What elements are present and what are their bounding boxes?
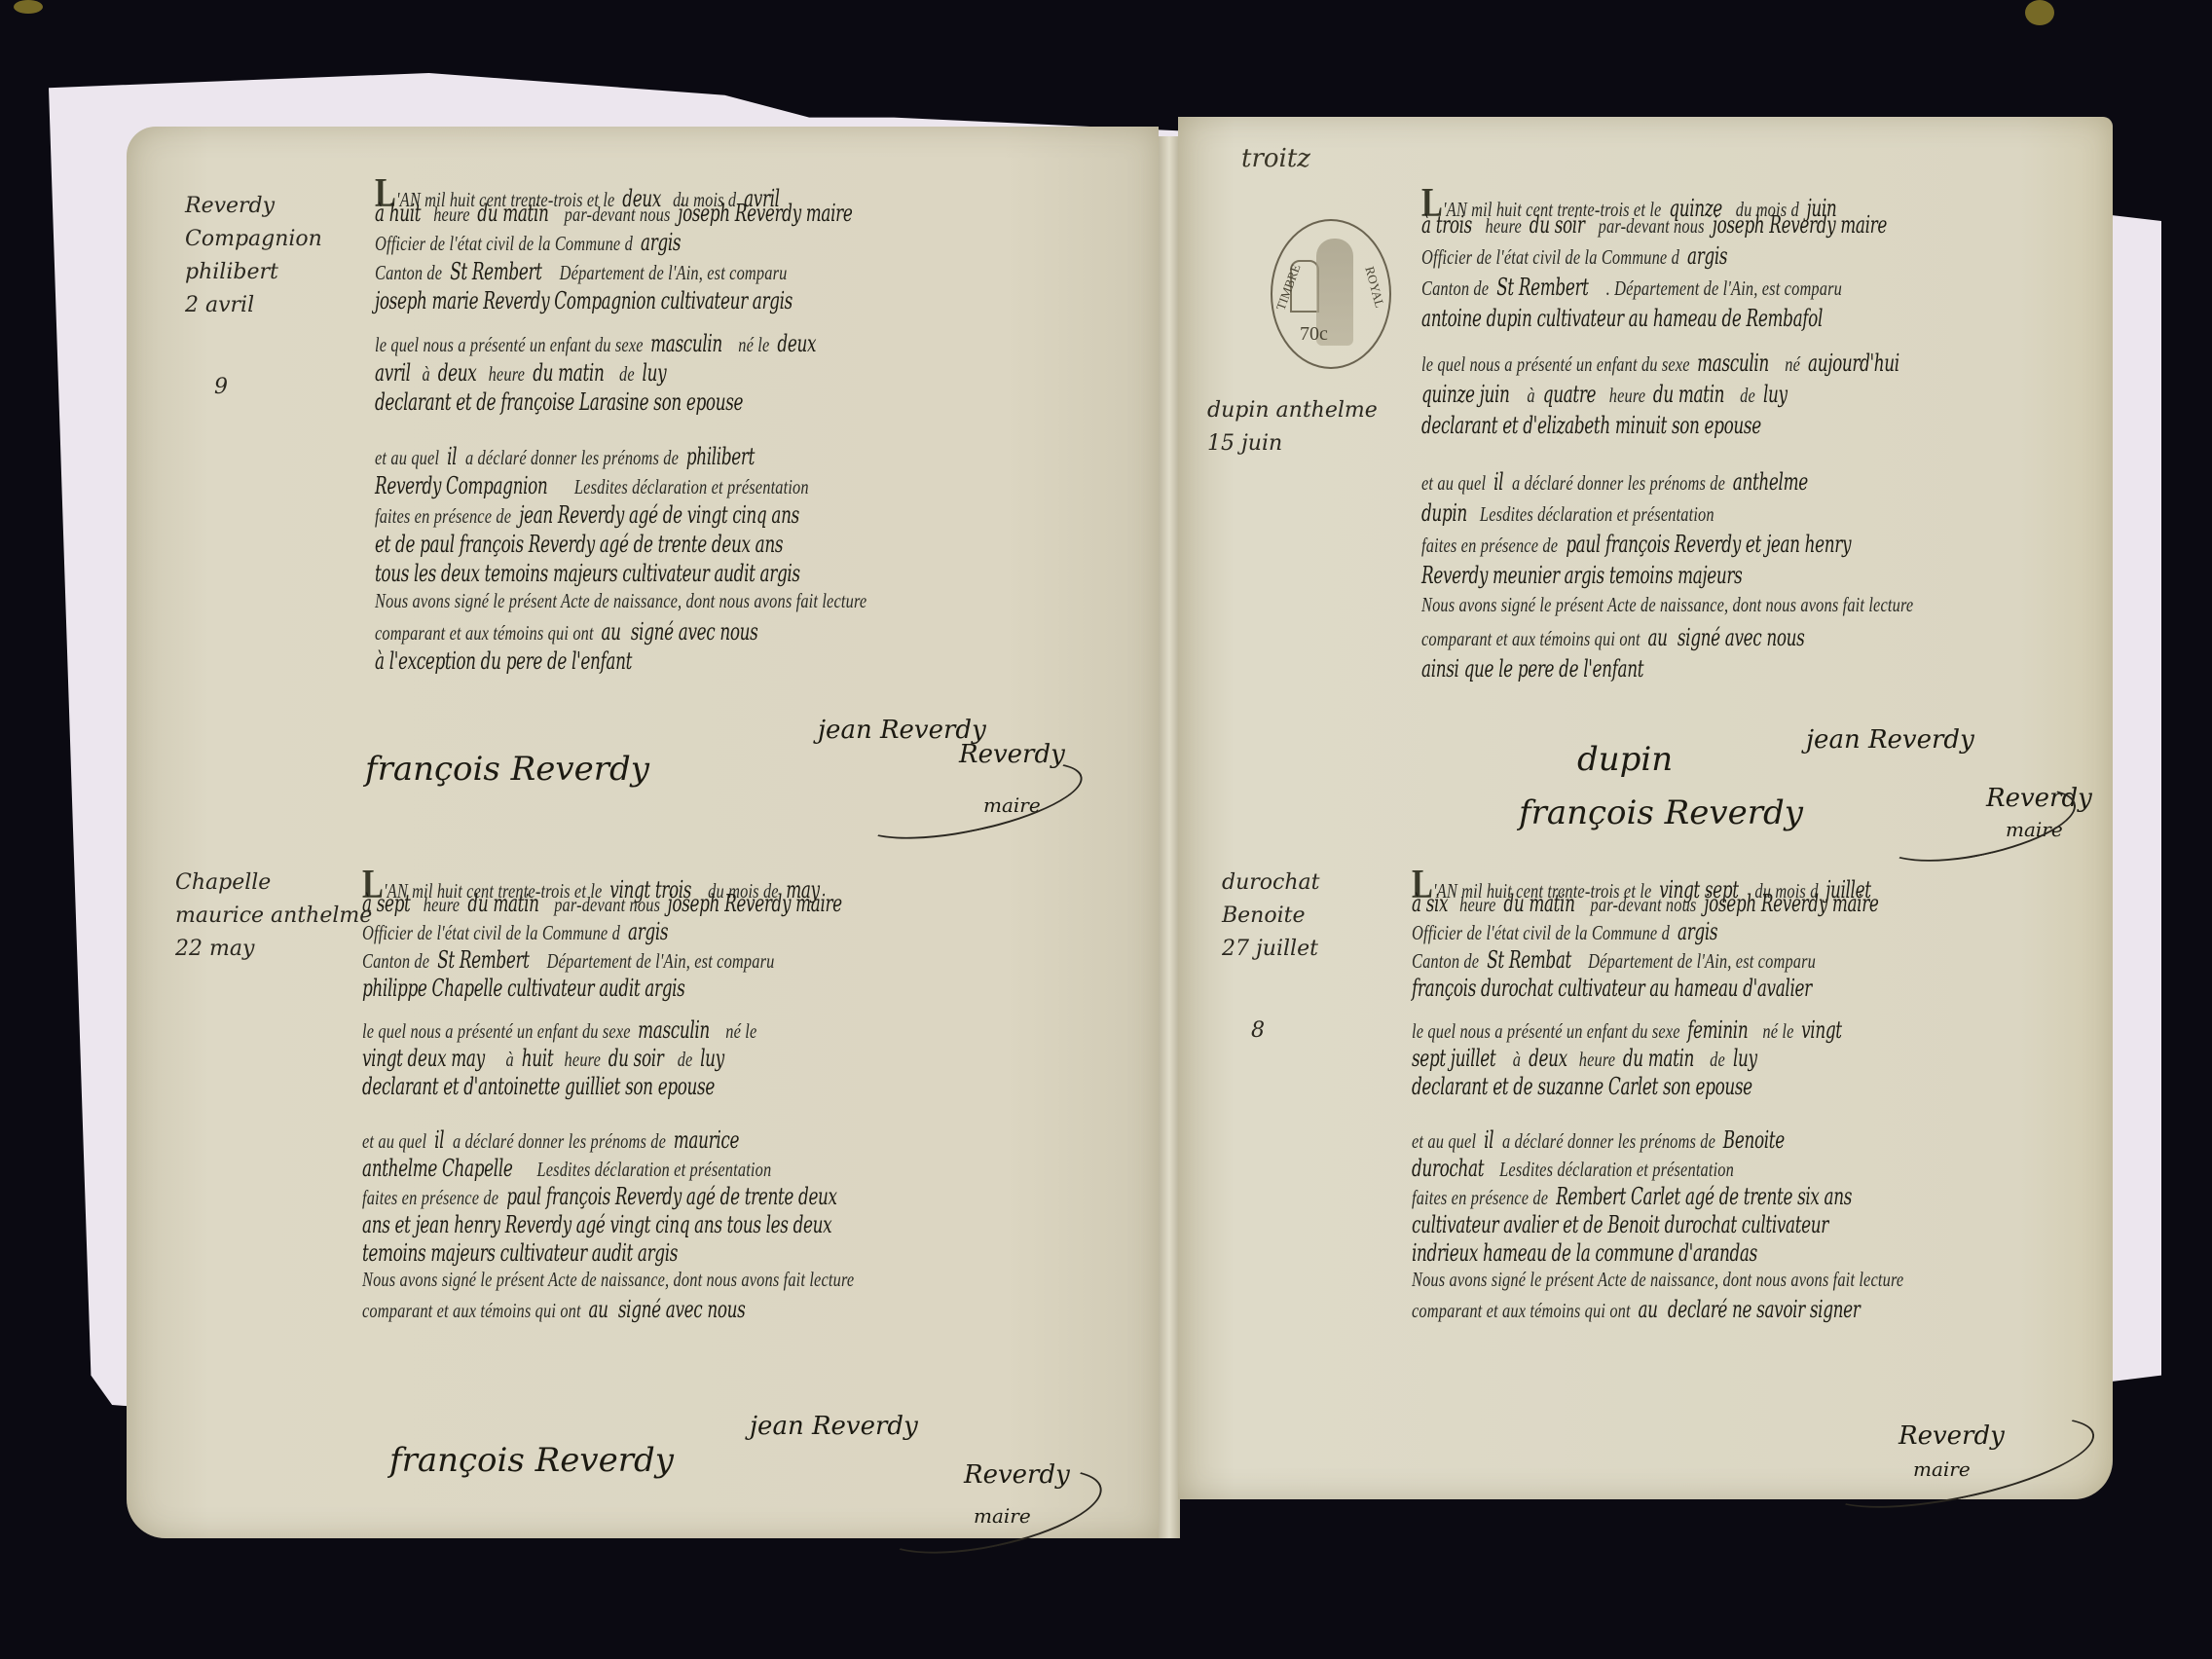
handwritten-entry: St Rembat <box>1487 946 1571 974</box>
margin-annotation-line: Reverdy <box>185 190 322 223</box>
printed-text: Canton de <box>362 949 429 973</box>
printed-text: de <box>678 1048 693 1071</box>
printed-text: le quel nous a présenté un enfant du sex… <box>375 333 644 356</box>
act-text-line: joseph marie Reverdy Compagnion cultivat… <box>375 287 846 314</box>
handwritten-entry: declarant et de suzanne Carlet son epous… <box>1412 1073 1752 1100</box>
handwritten-entry: St Rembert <box>437 946 529 974</box>
handwritten-entry: luy <box>700 1045 724 1072</box>
handwritten-entry: paul françois Reverdy agé de trente deux <box>506 1183 837 1210</box>
act-text-line: françois durochat cultivateur au hameau … <box>1412 975 1863 1002</box>
printed-text: heure <box>424 893 460 916</box>
printed-text: faites en présence de <box>362 1186 498 1209</box>
margin-annotation-line: philibert <box>185 256 322 289</box>
handwritten-entry: avril <box>375 359 411 387</box>
printed-text: heure <box>1579 1048 1615 1071</box>
background-ornament <box>14 0 43 14</box>
printed-text: Officier de l'état civil de la Commune d <box>362 921 620 944</box>
handwritten-entry: maurice <box>674 1126 739 1154</box>
handwritten-entry: quatre <box>1543 381 1596 408</box>
printed-text: et au quel <box>362 1129 426 1153</box>
handwritten-entry: indrieux hameau de la commune d'arandas <box>1412 1239 1757 1267</box>
act-text-line: et au quelila déclaré donner les prénoms… <box>375 443 770 470</box>
handwritten-entry: luy <box>1763 381 1788 408</box>
act-text-line: durochatLesdites déclaration et présenta… <box>1412 1155 1742 1182</box>
handwritten-entry: Reverdy meunier argis temoins majeurs <box>1421 562 1742 589</box>
printed-text: Département de l'Ain, est comparu <box>547 949 775 973</box>
handwritten-entry: au <box>1648 624 1668 651</box>
handwritten-entry: au <box>589 1296 608 1323</box>
printed-text: Lesdites déclaration et présentation <box>1480 502 1714 526</box>
printed-text: né le <box>725 1019 756 1043</box>
handwritten-entry: deux <box>438 359 477 387</box>
handwritten-entry: luy <box>643 359 667 387</box>
act-text-line: anthelme ChapelleLesdites déclaration et… <box>362 1155 779 1182</box>
printed-text: Canton de <box>1421 276 1489 300</box>
handwritten-entry: du matin <box>1503 890 1574 917</box>
handwritten-entry: ainsi que le pere de l'enfant <box>1421 655 1643 682</box>
act-text-line: le quel nous a présenté un enfant du sex… <box>362 1016 764 1044</box>
act-text-line: Nous avons signé le présent Acte de nais… <box>375 589 874 613</box>
margin-annotation-line: maurice anthelme <box>175 900 372 933</box>
act-text-line: cultivateur avalier et de Benoit durocha… <box>1412 1211 1882 1238</box>
handwritten-entry: à six <box>1412 890 1448 917</box>
handwritten-entry: jean Reverdy agé de vingt cinq ans <box>519 501 799 529</box>
handwritten-entry: argis <box>628 918 668 945</box>
margin-number: 8 <box>1251 1014 1319 1048</box>
handwritten-entry: anthelme Chapelle <box>362 1155 513 1182</box>
handwritten-entry: il <box>1493 468 1503 496</box>
signature: jean Reverdy <box>750 1412 918 1441</box>
handwritten-entry: du matin <box>1653 381 1724 408</box>
handwritten-entry: du matin <box>1623 1045 1694 1072</box>
handwritten-entry: ans et jean henry Reverdy agé vingt cinq… <box>362 1211 831 1238</box>
handwritten-entry: St Rembert <box>1496 274 1588 301</box>
act-text-line: comparant et aux témoins qui ontausigné … <box>375 618 780 645</box>
handwritten-entry: françois durochat cultivateur au hameau … <box>1412 975 1812 1002</box>
handwritten-entry: joseph Reverdy maire <box>678 200 852 227</box>
act-text-line: declarant et d'elizabeth minuit son epou… <box>1421 412 1806 439</box>
stamp-denomination: 70c <box>1300 323 1328 346</box>
printed-text: Nous avons signé le présent Acte de nais… <box>1421 593 1913 616</box>
printed-text: a déclaré donner les prénoms de <box>1512 471 1725 495</box>
handwritten-entry: deux <box>1529 1045 1567 1072</box>
printed-text: par-devant nous <box>1599 214 1705 238</box>
printed-text: de <box>1710 1048 1725 1071</box>
handwritten-entry: Benoite <box>1723 1126 1785 1154</box>
handwritten-entry: argis <box>1687 242 1727 270</box>
handwritten-entry: signé avec nous <box>618 1296 746 1323</box>
signature: françois Reverdy <box>365 750 649 789</box>
act-text-line: vingt deux mayàhuitheuredu soirdeluy <box>362 1045 735 1072</box>
printed-text: a déclaré donner les prénoms de <box>1502 1129 1715 1153</box>
printed-text: et au quel <box>1421 471 1486 495</box>
handwritten-entry: du matin <box>467 890 538 917</box>
act-text-line: declarant et de françoise Larasine son e… <box>375 388 792 416</box>
handwritten-entry: signé avec nous <box>1677 624 1805 651</box>
printed-text: comparant et aux témoins qui ont <box>375 621 594 645</box>
margin-annotation-line: 27 juillet <box>1222 933 1319 966</box>
act-text-line: le quel nous a présenté un enfant du sex… <box>375 330 828 357</box>
handwritten-entry: paul françois Reverdy et jean henry <box>1566 531 1851 558</box>
act-text-line: le quel nous a présenté un enfant du sex… <box>1421 350 1917 377</box>
margin-annotation-line: 2 avril <box>185 289 322 322</box>
act-text-line: Officier de l'état civil de la Commune d… <box>375 229 692 256</box>
printed-text: né <box>1785 352 1800 376</box>
margin-annotation: durochatBenoite27 juillet8 <box>1222 866 1319 1048</box>
act-text-line: et au quelila déclaré donner les prénoms… <box>1421 468 1824 496</box>
margin-annotation-line: Compagnion <box>185 223 322 256</box>
handwritten-entry: deux <box>777 330 816 357</box>
handwritten-entry: cultivateur avalier et de Benoit durocha… <box>1412 1211 1828 1238</box>
handwritten-entry: joseph marie Reverdy Compagnion cultivat… <box>375 287 793 314</box>
margin-number: 9 <box>214 371 322 404</box>
act-text-line: Officier de l'état civil de la Commune d… <box>362 918 680 945</box>
printed-text: à <box>506 1048 514 1071</box>
margin-annotation-line: Benoite <box>1222 900 1319 933</box>
act-text-line: faites en présence depaul françois Rever… <box>362 1183 881 1210</box>
handwritten-entry: il <box>1484 1126 1493 1154</box>
handwritten-entry: Rembert Carlet agé de trente six ans <box>1556 1183 1852 1210</box>
printed-text: le quel nous a présenté un enfant du sex… <box>1412 1019 1680 1043</box>
printed-text: comparant et aux témoins qui ont <box>1412 1299 1631 1322</box>
act-text-line: et au quelila déclaré donner les prénoms… <box>362 1126 754 1154</box>
margin-annotation-line: Chapelle <box>175 866 372 900</box>
act-text-line: à huitheuredu matinpar-devant nousjoseph… <box>375 200 879 227</box>
handwritten-entry: argis <box>641 229 681 256</box>
handwritten-entry: dupin <box>1421 499 1467 527</box>
act-text-line: faites en présence dejean Reverdy agé de… <box>375 501 837 529</box>
handwritten-entry: à trois <box>1421 211 1472 239</box>
act-text-line: Reverdy meunier argis temoins majeurs <box>1421 562 1786 589</box>
margin-annotation: Chapellemaurice anthelme22 may <box>175 866 372 966</box>
margin-annotation-line: 15 juin <box>1207 427 1378 461</box>
act-text-line: Reverdy CompagnionLesdites déclaration e… <box>375 472 817 499</box>
act-text-line: à sixheuredu matinpar-devant nousjoseph … <box>1412 890 1905 917</box>
handwritten-entry: antoine dupin cultivateur au hameau de R… <box>1421 305 1823 332</box>
margin-annotation-line: dupin anthelme <box>1207 394 1378 427</box>
handwritten-entry: à l'exception du pere de l'enfant <box>375 647 632 675</box>
printed-text: à <box>423 362 430 386</box>
act-text-line: Canton deSt RembertDépartement de l'Ain,… <box>362 946 782 974</box>
printed-text: Lesdites déclaration et présentation <box>1499 1158 1734 1181</box>
handwritten-entry: quinze juin <box>1421 381 1510 408</box>
handwritten-entry: huit <box>522 1045 553 1072</box>
printed-text: par-devant nous <box>554 893 660 916</box>
printed-text: comparant et aux témoins qui ont <box>362 1299 581 1322</box>
printed-text: heure <box>565 1048 601 1071</box>
handwritten-entry: vingt <box>1801 1016 1842 1044</box>
act-text-line: et de paul françois Reverdy agé de trent… <box>375 531 835 558</box>
printed-text: et au quel <box>375 446 439 469</box>
act-text-line: declarant et de suzanne Carlet son epous… <box>1412 1073 1797 1100</box>
act-text-line: et au quelila déclaré donner les prénoms… <box>1412 1126 1799 1154</box>
book-gutter <box>1159 136 1180 1538</box>
printed-text: a déclaré donner les prénoms de <box>465 446 679 469</box>
act-text-line: à troisheuredu soirpar-devant nousjoseph… <box>1421 211 1913 239</box>
act-text-line: declarant et d'antoinette guilliet son e… <box>362 1073 761 1100</box>
handwritten-entry: joseph Reverdy maire <box>668 890 842 917</box>
signature: françois Reverdy <box>1519 793 1803 832</box>
act-text-line: Nous avons signé le présent Acte de nais… <box>1412 1268 1911 1292</box>
handwritten-entry: temoins majeurs cultivateur audit argis <box>362 1239 678 1267</box>
handwritten-entry: masculin <box>650 330 722 357</box>
handwritten-entry: signé avec nous <box>631 618 758 645</box>
handwritten-entry: declarant et d'antoinette guilliet son e… <box>362 1073 715 1100</box>
act-text-line: ans et jean henry Reverdy agé vingt cinq… <box>362 1211 892 1238</box>
handwritten-entry: du matin <box>533 359 604 387</box>
act-text-line: Nous avons signé le présent Acte de nais… <box>1421 593 1921 617</box>
handwritten-entry: vingt deux may <box>362 1045 485 1072</box>
printed-text: heure <box>489 362 525 386</box>
handwritten-entry: anthelme <box>1733 468 1808 496</box>
handwritten-entry: philibert <box>686 443 755 470</box>
act-text-line: Canton deSt RembatDépartement de l'Ain, … <box>1412 946 1824 974</box>
signature: jean Reverdy <box>1806 725 1974 755</box>
handwritten-entry: aujourd'hui <box>1808 350 1899 377</box>
margin-annotation-line: 22 may <box>175 933 372 966</box>
printed-text: à <box>1527 384 1534 407</box>
margin-annotation-line: durochat <box>1222 866 1319 900</box>
handwritten-entry: masculin <box>638 1016 710 1044</box>
printed-text: par-devant nous <box>1591 893 1697 916</box>
printed-text: Nous avons signé le présent Acte de nais… <box>1412 1268 1903 1291</box>
right-page-header: troitz <box>1241 144 1310 173</box>
printed-text: à <box>1513 1048 1521 1071</box>
printed-text: a déclaré donner les prénoms de <box>453 1129 666 1153</box>
act-text-line: sept juilletàdeuxheuredu matindeluy <box>1412 1045 1767 1072</box>
margin-annotation: ReverdyCompagnionphilibert2 avril9 <box>185 190 322 404</box>
printed-text: Officier de l'état civil de la Commune d <box>375 232 633 255</box>
printed-text: Département de l'Ain, est comparu <box>560 261 788 284</box>
printed-text: le quel nous a présenté un enfant du sex… <box>362 1019 631 1043</box>
background-ornament <box>2025 0 2054 25</box>
act-text-line: temoins majeurs cultivateur audit argis <box>362 1239 720 1267</box>
printed-text: heure <box>1609 384 1645 407</box>
handwritten-entry: luy <box>1733 1045 1757 1072</box>
act-text-line: Canton deSt Rembert. Département de l'Ai… <box>1421 274 1850 301</box>
handwritten-entry: il <box>447 443 457 470</box>
act-text-line: avrilàdeuxheuredu matindeluy <box>375 359 677 387</box>
handwritten-entry: au <box>602 618 621 645</box>
handwritten-entry: tous les deux temoins majeurs cultivateu… <box>375 560 800 587</box>
printed-text: heure <box>1459 893 1495 916</box>
signature: françois Reverdy <box>389 1441 674 1480</box>
handwritten-entry: masculin <box>1697 350 1769 377</box>
act-text-line: indrieux hameau de la commune d'arandas <box>1412 1239 1803 1267</box>
act-text-line: ainsi que le pere de l'enfant <box>1421 655 1676 682</box>
printed-text: Lesdites déclaration et présentation <box>536 1158 771 1181</box>
handwritten-entry: du soir <box>608 1045 664 1072</box>
printed-text: Nous avons signé le présent Acte de nais… <box>362 1268 854 1291</box>
printed-text: faites en présence de <box>1412 1186 1548 1209</box>
margin-annotation: dupin anthelme15 juin <box>1207 394 1378 461</box>
handwritten-entry: philippe Chapelle cultivateur audit argi… <box>362 975 684 1002</box>
handwritten-entry: du soir <box>1530 211 1585 239</box>
handwritten-entry: à huit <box>375 200 421 227</box>
stamp-text-right: ROYAL <box>1361 265 1387 310</box>
act-text-line: comparant et aux témoins qui ontaudeclar… <box>1412 1296 1889 1323</box>
printed-text: Officier de l'état civil de la Commune d <box>1412 921 1670 944</box>
handwritten-entry: et de paul françois Reverdy agé de trent… <box>375 531 783 558</box>
act-text-line: le quel nous a présenté un enfant du sex… <box>1412 1016 1854 1044</box>
handwritten-entry: declarant et de françoise Larasine son e… <box>375 388 743 416</box>
printed-text: Canton de <box>1412 949 1479 973</box>
printed-text: heure <box>433 203 469 226</box>
printed-text: né le <box>1762 1019 1793 1043</box>
printed-text: et au quel <box>1412 1129 1476 1153</box>
printed-text: Lesdites déclaration et présentation <box>574 475 809 498</box>
handwritten-entry: il <box>434 1126 444 1154</box>
signature: dupin <box>1577 740 1673 779</box>
act-text-line: antoine dupin cultivateur au hameau de R… <box>1421 305 1875 332</box>
printed-text: Nous avons signé le présent Acte de nais… <box>375 589 866 612</box>
handwritten-entry: joseph Reverdy maire <box>1704 890 1878 917</box>
handwritten-entry: durochat <box>1412 1155 1484 1182</box>
handwritten-entry: declarant et d'elizabeth minuit son epou… <box>1421 412 1761 439</box>
handwritten-entry: declaré ne savoir signer <box>1668 1296 1861 1323</box>
royal-stamp: TIMBRE ROYAL 70c <box>1271 219 1391 369</box>
handwritten-entry: joseph Reverdy maire <box>1712 211 1886 239</box>
printed-text: le quel nous a présenté un enfant du sex… <box>1421 352 1690 376</box>
handwritten-entry: sept juillet <box>1412 1045 1495 1072</box>
printed-text: Officier de l'état civil de la Commune d <box>1421 245 1679 269</box>
handwritten-entry: Reverdy Compagnion <box>375 472 547 499</box>
act-text-line: philippe Chapelle cultivateur audit argi… <box>362 975 728 1002</box>
act-text-line: quinze juinàquatreheuredu matindeluy <box>1421 381 1797 408</box>
handwritten-entry: St Rembert <box>450 258 541 285</box>
act-text-line: comparant et aux témoins qui ontausigné … <box>1421 624 1826 651</box>
act-text-line: dupinLesdites déclaration et présentatio… <box>1421 499 1722 527</box>
printed-text: . Département de l'Ain, est comparu <box>1606 276 1842 300</box>
printed-text: né le <box>738 333 769 356</box>
act-text-line: Officier de l'état civil de la Commune d… <box>1421 242 1739 270</box>
printed-text: heure <box>1486 214 1522 238</box>
printed-text: comparant et aux témoins qui ont <box>1421 627 1641 650</box>
act-text-line: à l'exception du pere de l'enfant <box>375 647 668 675</box>
printed-text: faites en présence de <box>1421 534 1558 557</box>
handwritten-entry: au <box>1639 1296 1658 1323</box>
act-text-line: Officier de l'état civil de la Commune d… <box>1412 918 1729 945</box>
act-text-line: comparant et aux témoins qui ontausigné … <box>362 1296 767 1323</box>
printed-text: faites en présence de <box>375 504 511 528</box>
act-text-line: Canton deSt RembertDépartement de l'Ain,… <box>375 258 794 285</box>
printed-text: de <box>1740 384 1755 407</box>
printed-text: par-devant nous <box>565 203 671 226</box>
act-text-line: faites en présence depaul françois Rever… <box>1421 531 1890 558</box>
act-text-line: à septheuredu matinpar-devant nousjoseph… <box>362 890 869 917</box>
act-text-line: tous les deux temoins majeurs cultivateu… <box>375 560 855 587</box>
printed-text: Département de l'Ain, est comparu <box>1588 949 1816 973</box>
act-text-line: Nous avons signé le présent Acte de nais… <box>362 1268 862 1292</box>
handwritten-entry: du matin <box>477 200 548 227</box>
printed-text: de <box>619 362 635 386</box>
act-text-line: faites en présence deRembert Carlet agé … <box>1412 1183 1892 1210</box>
handwritten-entry: argis <box>1677 918 1717 945</box>
handwritten-entry: feminin <box>1687 1016 1748 1044</box>
printed-text: Canton de <box>375 261 442 284</box>
